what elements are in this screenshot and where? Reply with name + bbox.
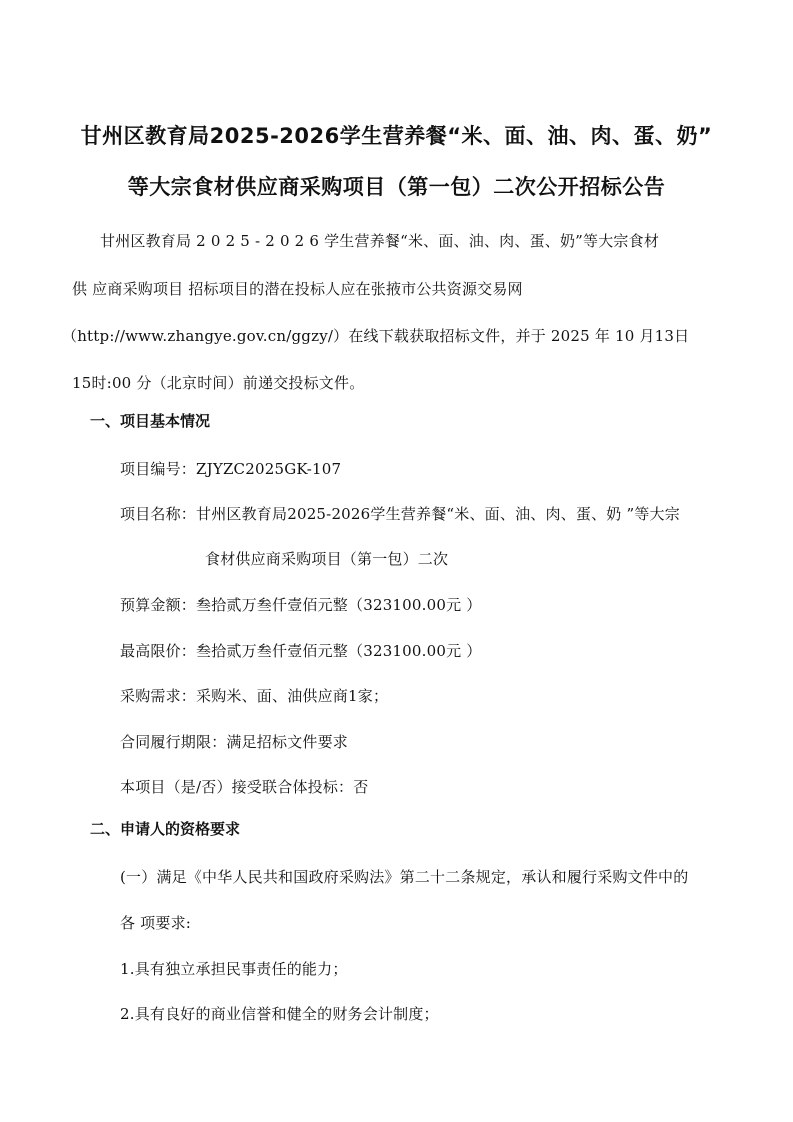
intro-line-1: 甘州区教育局 2 0 2 5 - 2 0 2 6 学生营养餐“米、面、油、肉、蛋… — [100, 230, 659, 251]
intro-line-4: 15时:00 分（北京时间）前递交投标文件。 — [72, 372, 364, 393]
requirement-2: 2.具有良好的商业信誉和健全的财务会计制度； — [120, 1003, 439, 1024]
project-name-line-2: 食材供应商采购项目（第一包）二次 — [205, 548, 448, 569]
qualification-item-1-line-1: (一）满足《中华人民共和国政府采购法》第二十二条规定，承认和履行采购文件中的 — [120, 866, 688, 887]
document-title-line-1: 甘州区教育局2025-2026学生营养餐“米、面、油、肉、蛋、奶” — [0, 120, 793, 150]
section-2-heading: 二、申请人的资格要求 — [90, 818, 240, 839]
document-page: 甘州区教育局2025-2026学生营养餐“米、面、油、肉、蛋、奶” 等大宗食材供… — [0, 0, 793, 1122]
contract-period: 合同履行期限：满足招标文件要求 — [120, 731, 348, 752]
procurement-demand: 采购需求：采购米、面、油供应商1家； — [120, 685, 388, 706]
requirement-1: 1.具有独立承担民事责任的能力； — [120, 958, 348, 979]
project-name-line-1: 项目名称：甘州区教育局2025-2026学生营养餐“米、面、油、肉、蛋、奶 ”等… — [120, 503, 680, 524]
section-1-heading: 一、项目基本情况 — [90, 410, 210, 431]
intro-line-2: 供 应商采购项目 招标项目的潜在投标人应在张掖市公共资源交易网 — [72, 278, 523, 299]
max-price: 最高限价：叁拾贰万叁仟壹佰元整（323100.00元 ） — [120, 640, 482, 661]
qualification-item-1-line-2: 各 项要求: — [120, 912, 191, 933]
consortium-bidding: 本项目（是/否）接受联合体投标：否 — [120, 776, 368, 797]
budget-amount: 预算金额：叁拾贰万叁仟壹佰元整（323100.00元 ） — [120, 594, 482, 615]
document-title-line-2: 等大宗食材供应商采购项目（第一包）二次公开招标公告 — [0, 171, 793, 201]
project-number: 项目编号：ZJYZC2025GK-107 — [120, 458, 341, 479]
intro-line-3: （http://www.zhangye.gov.cn/ggzy/）在线下载获取招… — [62, 325, 689, 346]
